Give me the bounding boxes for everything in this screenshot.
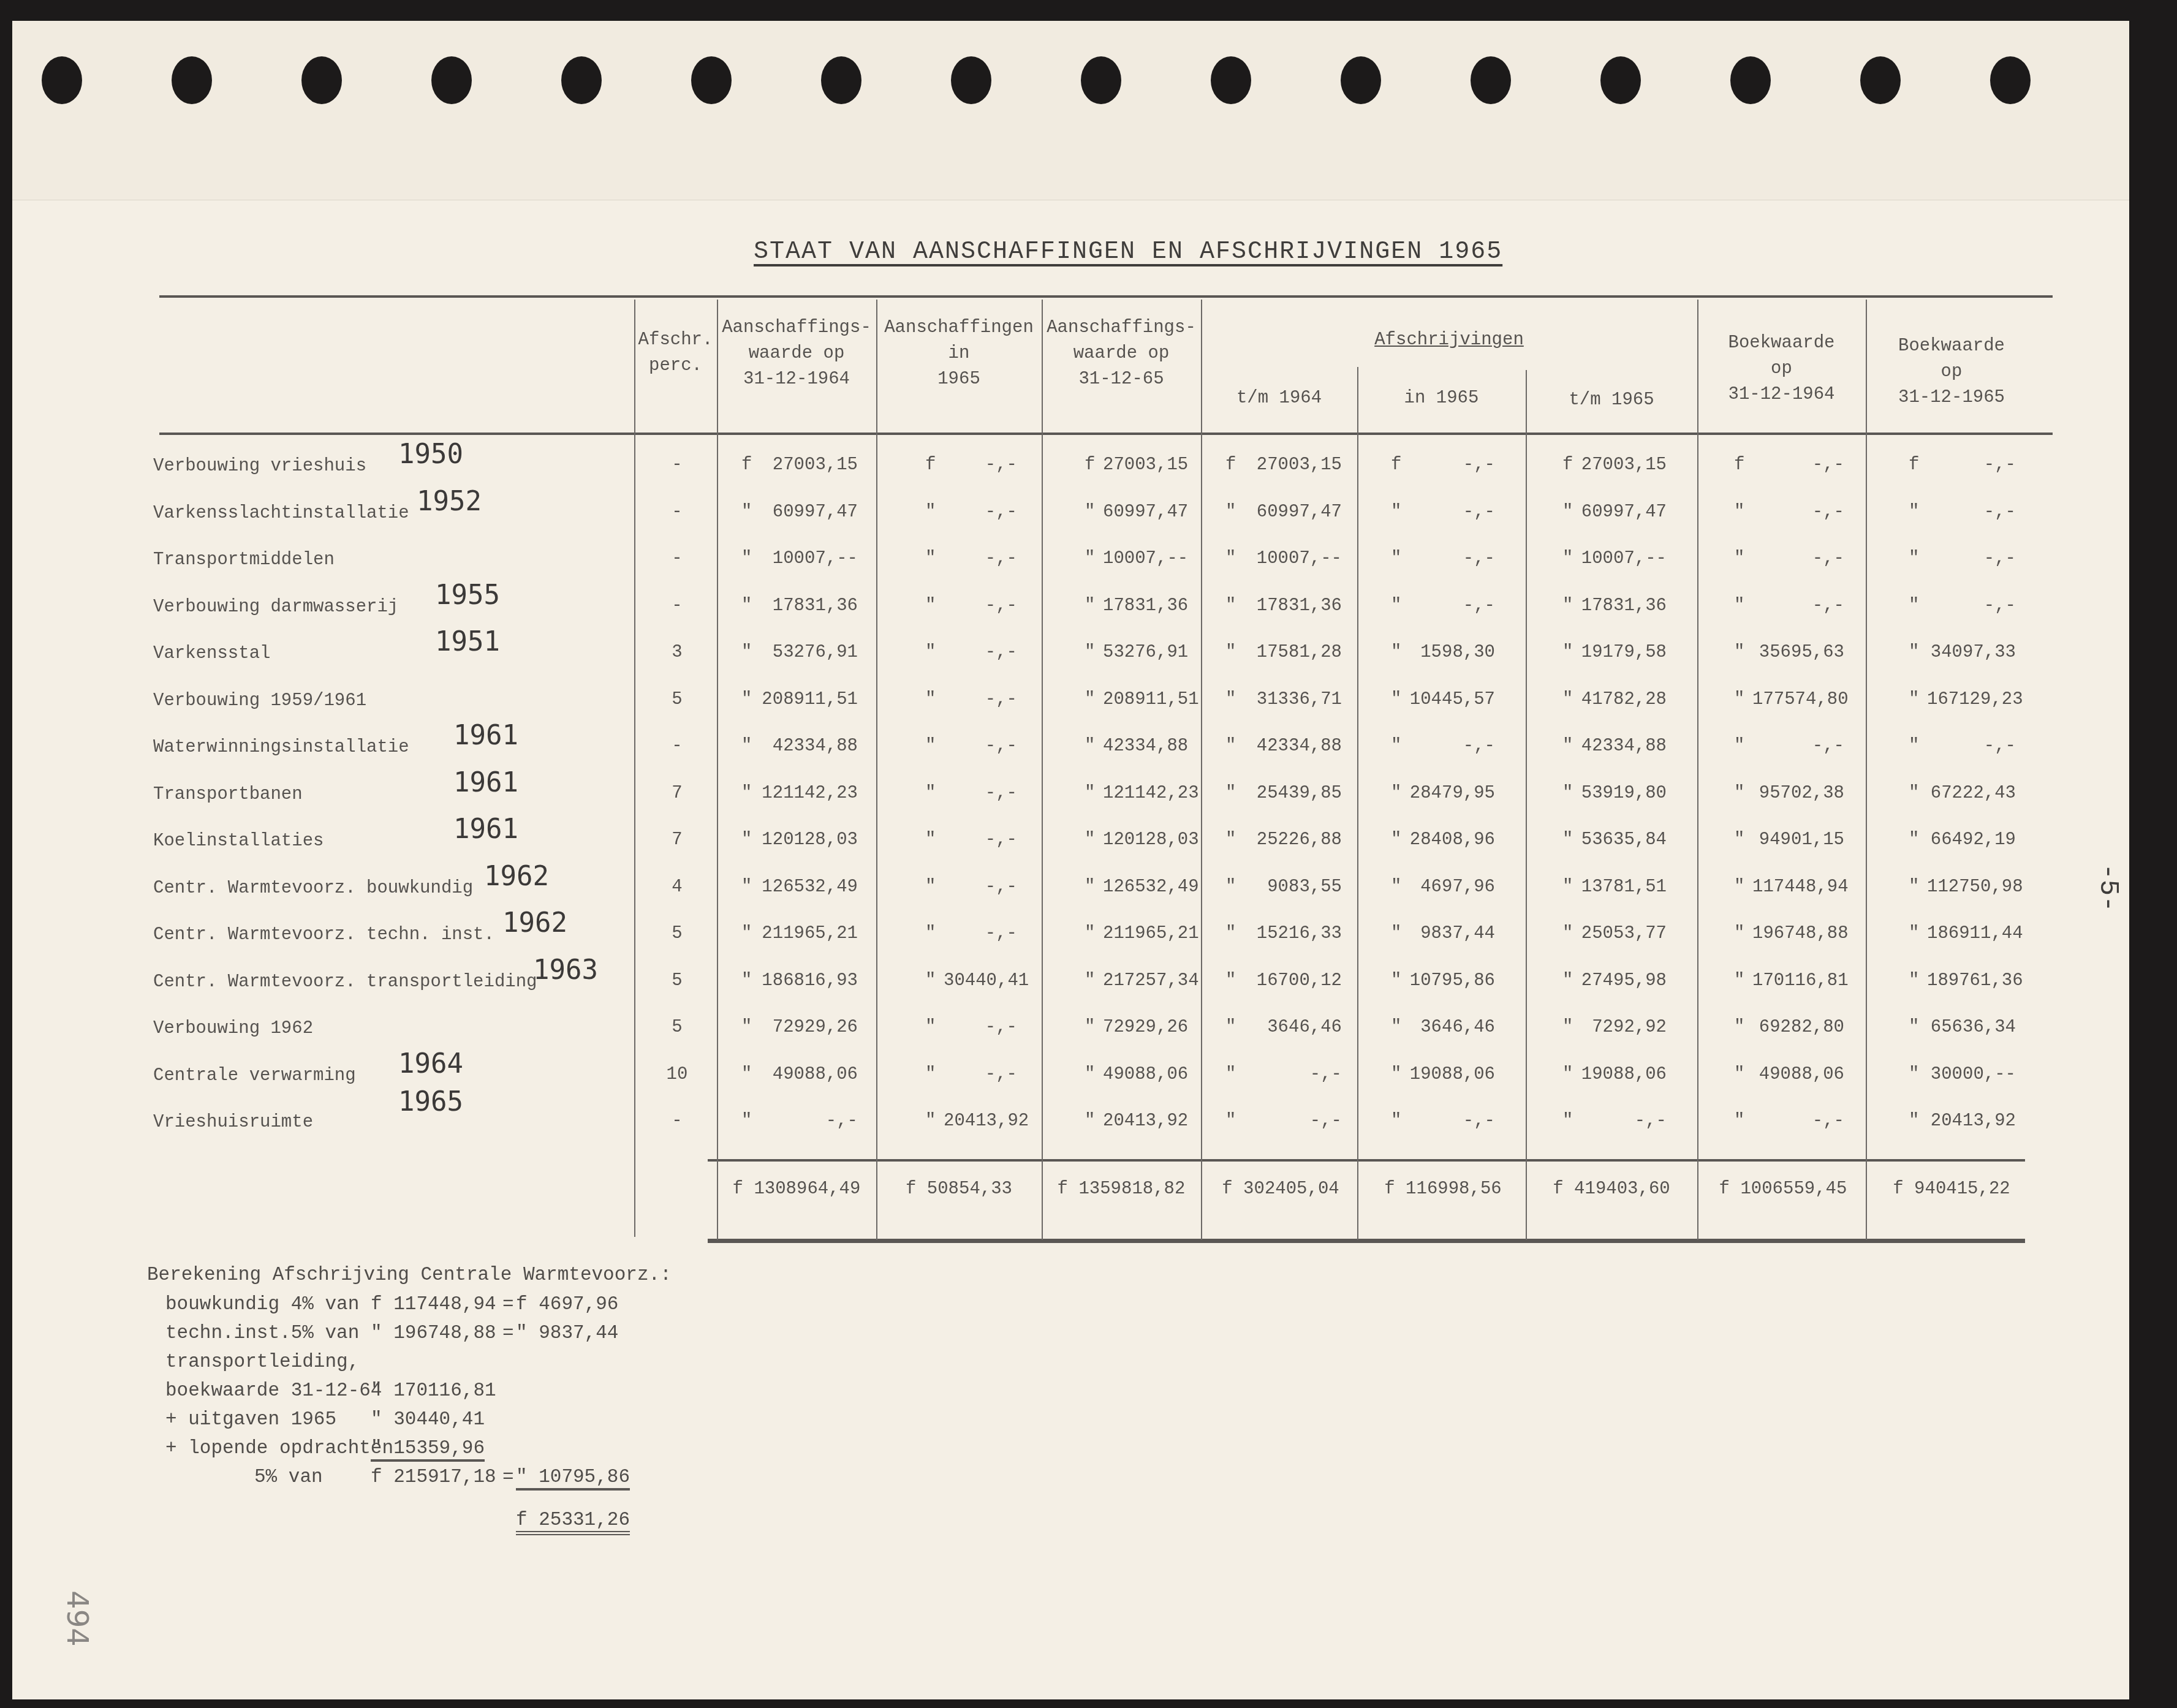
total-in1965: f 116998,56: [1363, 1179, 1523, 1199]
calc-label: techn.inst.5% van: [165, 1323, 359, 1344]
col-divider: [1357, 367, 1358, 1240]
ditto-mark: ": [1225, 642, 1236, 662]
ditto-mark: ": [1734, 548, 1744, 569]
cell-bw1964: 117448,94: [1752, 877, 1844, 897]
ditto-mark: ": [1909, 877, 1919, 897]
header-afschr-perc: Afschr.perc.: [634, 327, 717, 379]
row-afschr-perc: 10: [643, 1064, 711, 1084]
cell-tm1964: 25226,88: [1244, 829, 1342, 850]
row-year-handwritten: 1961: [453, 720, 518, 751]
ditto-mark: ": [925, 829, 936, 850]
cell-aw1965: 27003,15: [1103, 455, 1186, 475]
cell-tm1965: 42334,88: [1581, 736, 1667, 756]
ditto-mark: ": [1085, 689, 1095, 709]
cell-in1965: 4697,96: [1409, 877, 1495, 897]
ditto-mark: ": [1391, 1111, 1401, 1131]
cell-tm1964: -,-: [1244, 1111, 1342, 1131]
ditto-mark: ": [1391, 783, 1401, 803]
ditto-mark: ": [1909, 502, 1919, 522]
ditto-mark: ": [925, 877, 936, 897]
ditto-mark: ": [1562, 877, 1573, 897]
cell-tm1965: 53919,80: [1581, 783, 1667, 803]
ditto-mark: ": [925, 1111, 936, 1131]
guilder-sign: f: [1391, 455, 1401, 475]
ditto-mark: ": [1562, 829, 1573, 850]
row-label: Verbouwing 1959/1961: [153, 690, 366, 711]
ditto-mark: ": [1909, 1111, 1919, 1131]
ditto-mark: ": [741, 1064, 752, 1084]
cell-tm1965: 19088,06: [1581, 1064, 1667, 1084]
cell-tm1964: 17831,36: [1244, 595, 1342, 616]
ditto-mark: ": [1225, 783, 1236, 803]
ditto-mark: ": [1734, 642, 1744, 662]
total-aw1965: f 1359818,82: [1048, 1179, 1195, 1199]
row-year-handwritten: 1962: [502, 907, 567, 939]
col-divider: [1697, 300, 1698, 1240]
cell-aw1965: 17831,36: [1103, 595, 1186, 616]
ditto-mark: ": [1734, 783, 1744, 803]
calc-amount: " 15359,96: [371, 1438, 485, 1462]
cell-aw1964: 72929,26: [760, 1017, 858, 1037]
ditto-mark: ": [1909, 689, 1919, 709]
guilder-sign: f: [741, 455, 752, 475]
calc-equals: =: [502, 1323, 514, 1344]
ditto-mark: ": [1225, 970, 1236, 991]
row-year-handwritten: 1963: [533, 954, 598, 986]
cell-aw1964: 121142,23: [760, 783, 858, 803]
calc-result: " 10795,86: [516, 1467, 630, 1491]
ditto-mark: ": [1225, 689, 1236, 709]
cell-bw1964: -,-: [1752, 455, 1844, 475]
cell-aan1965: -,-: [944, 1064, 1017, 1084]
ditto-mark: ": [925, 923, 936, 943]
row-afschr-perc: -: [643, 548, 711, 569]
cell-aan1965: -,-: [944, 689, 1017, 709]
cell-tm1965: 19179,58: [1581, 642, 1667, 662]
cell-aan1965: -,-: [944, 502, 1017, 522]
cell-aan1965: -,-: [944, 877, 1017, 897]
cell-bw1965: 66492,19: [1927, 829, 2016, 850]
cell-in1965: 28479,95: [1409, 783, 1495, 803]
header-afschrijvingen-group: Afschrijvingen: [1201, 327, 1697, 353]
ditto-mark: ": [1225, 736, 1236, 756]
row-year-handwritten: 1950: [398, 439, 463, 470]
ditto-mark: ": [1734, 689, 1744, 709]
ditto-mark: ": [741, 1111, 752, 1131]
cell-bw1965: -,-: [1927, 595, 2016, 616]
calc-result: " 9837,44: [516, 1323, 618, 1344]
cell-aw1965: 121142,23: [1103, 783, 1186, 803]
ditto-mark: ": [925, 689, 936, 709]
cell-in1965: 28408,96: [1409, 829, 1495, 850]
calc-label: + uitgaven 1965: [165, 1409, 336, 1430]
cell-aw1964: 10007,--: [760, 548, 858, 569]
ditto-mark: ": [741, 548, 752, 569]
ditto-mark: ": [1562, 736, 1573, 756]
cell-bw1965: 30000,--: [1927, 1064, 2016, 1084]
col-divider: [876, 300, 877, 1240]
cell-aw1964: -,-: [760, 1111, 858, 1131]
row-afschr-perc: -: [643, 736, 711, 756]
ditto-mark: ": [925, 595, 936, 616]
cell-tm1964: 3646,46: [1244, 1017, 1342, 1037]
ditto-mark: ": [1085, 1064, 1095, 1084]
ditto-mark: ": [1225, 595, 1236, 616]
cell-in1965: 3646,46: [1409, 1017, 1495, 1037]
cell-aw1965: 208911,51: [1103, 689, 1186, 709]
cell-bw1965: -,-: [1927, 502, 2016, 522]
cell-aw1965: 60997,47: [1103, 502, 1186, 522]
row-year-handwritten: 1965: [398, 1086, 463, 1117]
binder-holes: [12, 56, 2129, 105]
cell-tm1965: 27495,98: [1581, 970, 1667, 991]
col-divider: [1201, 300, 1202, 1240]
ditto-mark: ": [1225, 548, 1236, 569]
cell-tm1964: 15216,33: [1244, 923, 1342, 943]
header-afs-tm-1965: t/m 1965: [1526, 387, 1697, 413]
cell-bw1965: 65636,34: [1927, 1017, 2016, 1037]
calc-label: boekwaarde 31-12-64: [165, 1380, 382, 1402]
binder-hole: [301, 56, 342, 104]
cell-bw1965: 112750,98: [1927, 877, 2016, 897]
cell-bw1965: 20413,92: [1927, 1111, 2016, 1131]
ditto-mark: ": [1391, 736, 1401, 756]
cell-aan1965: 20413,92: [944, 1111, 1017, 1131]
binder-hole: [1211, 56, 1251, 104]
cell-bw1964: 94901,15: [1752, 829, 1844, 850]
cell-tm1964: 16700,12: [1244, 970, 1342, 991]
cell-aw1965: 20413,92: [1103, 1111, 1186, 1131]
cell-aan1965: -,-: [944, 923, 1017, 943]
calc-equals: =: [502, 1294, 514, 1315]
ditto-mark: ": [1734, 595, 1744, 616]
row-afschr-perc: 5: [643, 970, 711, 991]
ditto-mark: ": [1909, 923, 1919, 943]
row-label: Vrieshuisruimte: [153, 1112, 313, 1132]
cell-bw1964: 49088,06: [1752, 1064, 1844, 1084]
calc-amount: f 117448,94: [371, 1294, 496, 1315]
cell-bw1964: -,-: [1752, 1111, 1844, 1131]
guilder-sign: f: [1225, 455, 1236, 475]
cell-aw1964: 42334,88: [760, 736, 858, 756]
header-afs-in-1965: in 1965: [1357, 385, 1526, 411]
ditto-mark: ": [1562, 595, 1573, 616]
ditto-mark: ": [1085, 642, 1095, 662]
cell-aw1964: 27003,15: [760, 455, 858, 475]
cell-aw1964: 211965,21: [760, 923, 858, 943]
cell-aw1964: 60997,47: [760, 502, 858, 522]
cell-aw1964: 53276,91: [760, 642, 858, 662]
cell-aw1965: 42334,88: [1103, 736, 1186, 756]
ditto-mark: ": [1909, 736, 1919, 756]
ditto-mark: ": [741, 736, 752, 756]
ditto-mark: ": [1562, 923, 1573, 943]
ditto-mark: ": [1391, 502, 1401, 522]
cell-tm1964: 60997,47: [1244, 502, 1342, 522]
cell-bw1964: -,-: [1752, 502, 1844, 522]
ditto-mark: ": [925, 736, 936, 756]
row-label: Koelinstallaties: [153, 831, 324, 851]
ditto-mark: ": [1391, 548, 1401, 569]
ditto-mark: ": [1734, 970, 1744, 991]
row-year-handwritten: 1952: [417, 486, 482, 517]
ditto-mark: ": [925, 783, 936, 803]
ditto-mark: ": [741, 595, 752, 616]
cell-tm1965: 27003,15: [1581, 455, 1667, 475]
cell-aw1965: 53276,91: [1103, 642, 1186, 662]
row-label: Varkensstal: [153, 643, 270, 663]
ditto-mark: ": [1085, 783, 1095, 803]
ditto-mark: ": [1085, 829, 1095, 850]
row-afschr-perc: -: [643, 595, 711, 616]
ditto-mark: ": [741, 923, 752, 943]
cell-aan1965: -,-: [944, 1017, 1017, 1037]
cell-bw1964: -,-: [1752, 736, 1844, 756]
cell-bw1964: 69282,80: [1752, 1017, 1844, 1037]
handwritten-archive-number: 494: [60, 1590, 94, 1647]
col-divider: [1042, 300, 1043, 1240]
row-label: Centrale verwarming: [153, 1065, 356, 1086]
row-afschr-perc: 3: [643, 642, 711, 662]
ditto-mark: ": [1734, 736, 1744, 756]
header-boekwaarde-1964: Boekwaardeop31-12-1964: [1697, 330, 1866, 407]
ditto-mark: ": [1391, 1017, 1401, 1037]
col-divider: [717, 300, 718, 1240]
ditto-mark: ": [1562, 502, 1573, 522]
header-afs-tm-1964: t/m 1964: [1201, 385, 1357, 411]
guilder-sign: f: [1734, 455, 1744, 475]
ditto-mark: ": [1391, 642, 1401, 662]
calc-grand-total: f 25331,26: [516, 1510, 630, 1535]
cell-aw1965: 49088,06: [1103, 1064, 1186, 1084]
ditto-mark: ": [925, 970, 936, 991]
calc-amount: " 30440,41: [371, 1409, 485, 1430]
binder-hole: [561, 56, 602, 104]
total-aan1965: f 50854,33: [882, 1179, 1035, 1199]
ditto-mark: ": [1562, 783, 1573, 803]
ditto-mark: ": [741, 689, 752, 709]
ditto-mark: ": [1391, 923, 1401, 943]
guilder-sign: f: [1085, 455, 1095, 475]
row-label: Transportmiddelen: [153, 550, 335, 570]
cell-tm1964: -,-: [1244, 1064, 1342, 1084]
cell-bw1964: 170116,81: [1752, 970, 1844, 991]
calc-equals: =: [502, 1467, 514, 1488]
ditto-mark: ": [1562, 642, 1573, 662]
ditto-mark: ": [1909, 548, 1919, 569]
ditto-mark: ": [741, 783, 752, 803]
ditto-mark: ": [1085, 970, 1095, 991]
calc-amount: f 215917,18: [371, 1467, 496, 1488]
cell-bw1965: 34097,33: [1927, 642, 2016, 662]
ditto-mark: ": [1085, 877, 1095, 897]
ditto-mark: ": [1085, 595, 1095, 616]
cell-aw1965: 217257,34: [1103, 970, 1186, 991]
ditto-mark: ": [1225, 877, 1236, 897]
total-aw1964: f 1308964,49: [723, 1179, 870, 1199]
cell-tm1965: 10007,--: [1581, 548, 1667, 569]
cell-tm1964: 42334,88: [1244, 736, 1342, 756]
cell-aw1965: 211965,21: [1103, 923, 1186, 943]
ditto-mark: ": [1909, 595, 1919, 616]
guilder-sign: f: [1562, 455, 1573, 475]
col-divider: [1866, 300, 1867, 1240]
ditto-mark: ": [741, 829, 752, 850]
cell-aw1964: 17831,36: [760, 595, 858, 616]
calc-result: f 4697,96: [516, 1294, 618, 1315]
calc-amount: " 196748,88: [371, 1323, 496, 1344]
cell-in1965: -,-: [1409, 736, 1495, 756]
ditto-mark: ": [1225, 829, 1236, 850]
cell-aw1965: 72929,26: [1103, 1017, 1186, 1037]
cell-tm1965: 53635,84: [1581, 829, 1667, 850]
ditto-mark: ": [1391, 970, 1401, 991]
cell-bw1965: -,-: [1927, 548, 2016, 569]
cell-aw1964: 120128,03: [760, 829, 858, 850]
ditto-mark: ": [1391, 829, 1401, 850]
binder-hole: [1081, 56, 1121, 104]
ditto-mark: ": [1225, 502, 1236, 522]
cell-aan1965: -,-: [944, 548, 1017, 569]
cell-in1965: -,-: [1409, 1111, 1495, 1131]
cell-tm1964: 17581,28: [1244, 642, 1342, 662]
ditto-mark: ": [1734, 1111, 1744, 1131]
page-number: -5-: [2092, 863, 2123, 912]
ditto-mark: ": [925, 1017, 936, 1037]
cell-tm1965: 41782,28: [1581, 689, 1667, 709]
binder-hole: [42, 56, 82, 104]
totals-top-rule: [708, 1159, 2025, 1162]
ditto-mark: ": [1909, 1017, 1919, 1037]
row-label: Verbouwing darmwasserij: [153, 597, 398, 617]
total-tm1965: f 419403,60: [1532, 1179, 1691, 1199]
ditto-mark: ": [1909, 1064, 1919, 1084]
calc-label: bouwkundig 4% van: [165, 1294, 359, 1315]
ditto-mark: ": [1391, 689, 1401, 709]
cell-bw1965: 67222,43: [1927, 783, 2016, 803]
header-aanschaffingen-1965: Aanschaffingenin1965: [876, 315, 1042, 392]
row-afschr-perc: -: [643, 1111, 711, 1131]
cell-aan1965: -,-: [944, 595, 1017, 616]
cell-in1965: -,-: [1409, 502, 1495, 522]
ditto-mark: ": [1734, 1064, 1744, 1084]
cell-aw1964: 208911,51: [760, 689, 858, 709]
ditto-mark: ": [1562, 689, 1573, 709]
ditto-mark: ": [1562, 1064, 1573, 1084]
ditto-mark: ": [1085, 736, 1095, 756]
cell-tm1964: 25439,85: [1244, 783, 1342, 803]
cell-aw1964: 49088,06: [760, 1064, 858, 1084]
cell-in1965: 1598,30: [1409, 642, 1495, 662]
binder-hole: [821, 56, 861, 104]
cell-aan1965: -,-: [944, 829, 1017, 850]
header-aanschaffingswaarde-1965: Aanschaffings-waarde op31-12-65: [1042, 315, 1201, 392]
total-bw1964: f 1006559,45: [1703, 1179, 1863, 1199]
binder-hole: [1730, 56, 1771, 104]
cell-in1965: 9837,44: [1409, 923, 1495, 943]
ditto-mark: ": [925, 642, 936, 662]
cell-in1965: -,-: [1409, 548, 1495, 569]
binder-hole: [1341, 56, 1381, 104]
cell-aan1965: -,-: [944, 642, 1017, 662]
ditto-mark: ": [1562, 1111, 1573, 1131]
ditto-mark: ": [1391, 877, 1401, 897]
col-divider: [634, 300, 635, 1237]
cell-tm1964: 10007,--: [1244, 548, 1342, 569]
page-title: STAAT VAN AANSCHAFFINGEN EN AFSCHRIJVING…: [754, 238, 1502, 266]
cell-in1965: 10795,86: [1409, 970, 1495, 991]
ditto-mark: ": [925, 548, 936, 569]
ditto-mark: ": [1734, 829, 1744, 850]
binder-hole: [1860, 56, 1901, 104]
cell-aw1965: 10007,--: [1103, 548, 1186, 569]
row-label: Centr. Warmtevoorz. bouwkundig: [153, 878, 473, 898]
ditto-mark: ": [741, 502, 752, 522]
cell-tm1965: 25053,77: [1581, 923, 1667, 943]
cell-bw1964: 177574,80: [1752, 689, 1844, 709]
cell-tm1965: -,-: [1581, 1111, 1667, 1131]
calc-label: 5% van: [254, 1467, 323, 1488]
cell-aw1964: 186816,93: [760, 970, 858, 991]
calc-label: + lopende opdrachten: [165, 1438, 393, 1459]
guilder-sign: f: [925, 455, 936, 475]
binder-hole: [172, 56, 212, 104]
cell-bw1964: 196748,88: [1752, 923, 1844, 943]
cell-tm1964: 31336,71: [1244, 689, 1342, 709]
cell-tm1964: 9083,55: [1244, 877, 1342, 897]
cell-in1965: -,-: [1409, 455, 1495, 475]
row-label: Centr. Warmtevoorz. transportleiding: [153, 972, 537, 992]
ditto-mark: ": [1734, 923, 1744, 943]
row-year-handwritten: 1962: [484, 861, 549, 892]
ditto-mark: ": [1225, 1111, 1236, 1131]
row-year-handwritten: 1951: [435, 626, 500, 657]
ditto-mark: ": [1734, 1017, 1744, 1037]
ditto-mark: ": [741, 970, 752, 991]
total-bw1965: f 940415,22: [1872, 1179, 2031, 1199]
ditto-mark: ": [1225, 923, 1236, 943]
col-divider: [1526, 370, 1527, 1240]
ditto-mark: ": [925, 1064, 936, 1084]
row-label: Transportbanen: [153, 784, 303, 804]
ditto-mark: ": [1734, 502, 1744, 522]
row-label: Waterwinningsinstallatie: [153, 737, 409, 757]
header-boekwaarde-1965: Boekwaardeop31-12-1965: [1866, 333, 2037, 410]
row-label: Verbouwing 1962: [153, 1018, 313, 1038]
row-year-handwritten: 1964: [398, 1048, 463, 1079]
ditto-mark: ": [1225, 1064, 1236, 1084]
cell-aw1964: 126532,49: [760, 877, 858, 897]
ditto-mark: ": [741, 642, 752, 662]
binder-hole: [1990, 56, 2031, 104]
cell-tm1964: 27003,15: [1244, 455, 1342, 475]
ditto-mark: ": [1391, 1064, 1401, 1084]
cell-aan1965: -,-: [944, 455, 1017, 475]
binder-hole: [1471, 56, 1511, 104]
cell-in1965: 19088,06: [1409, 1064, 1495, 1084]
row-afschr-perc: 7: [643, 829, 711, 850]
binder-strip: [12, 21, 2129, 200]
ditto-mark: ": [1085, 1111, 1095, 1131]
row-label: Centr. Warmtevoorz. techn. inst.: [153, 924, 494, 945]
cell-bw1965: -,-: [1927, 736, 2016, 756]
ditto-mark: ": [1085, 923, 1095, 943]
binder-hole: [431, 56, 472, 104]
cell-bw1964: 95702,38: [1752, 783, 1844, 803]
ditto-mark: ": [1909, 970, 1919, 991]
row-label: Varkensslachtinstallatie: [153, 503, 409, 523]
cell-aw1965: 120128,03: [1103, 829, 1186, 850]
